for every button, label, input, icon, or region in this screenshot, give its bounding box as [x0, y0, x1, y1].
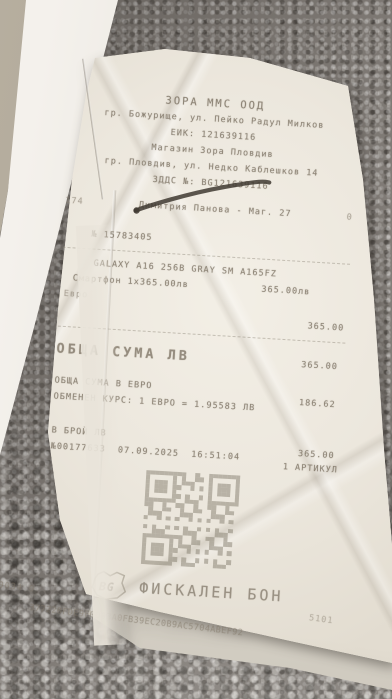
receipt-paper: ЗОРА ММС ООД гр. Божурище, ул. Пейко Рад… — [30, 40, 392, 680]
total-value: 365.00 — [301, 357, 345, 376]
article-count: 1 АРТИКУЛ — [282, 459, 338, 478]
euro-total-value: 186.62 — [299, 395, 343, 414]
margin-digits-left: 174 — [65, 193, 84, 210]
total-label: ОБЩА СУМА ЛВ — [56, 341, 190, 365]
right-partial-number: 5101 — [308, 610, 334, 629]
photo-of-receipt-on-carpet: ЗОРА ММС ООД гр. Божурище, ул. Пейко Рад… — [0, 0, 392, 699]
fiscal-bon-label: ФИСКАЛЕН БОН — [139, 580, 284, 605]
qr-code — [141, 470, 240, 569]
margin-digit-right: 0 — [346, 210, 353, 226]
qr-module — [230, 565, 235, 570]
